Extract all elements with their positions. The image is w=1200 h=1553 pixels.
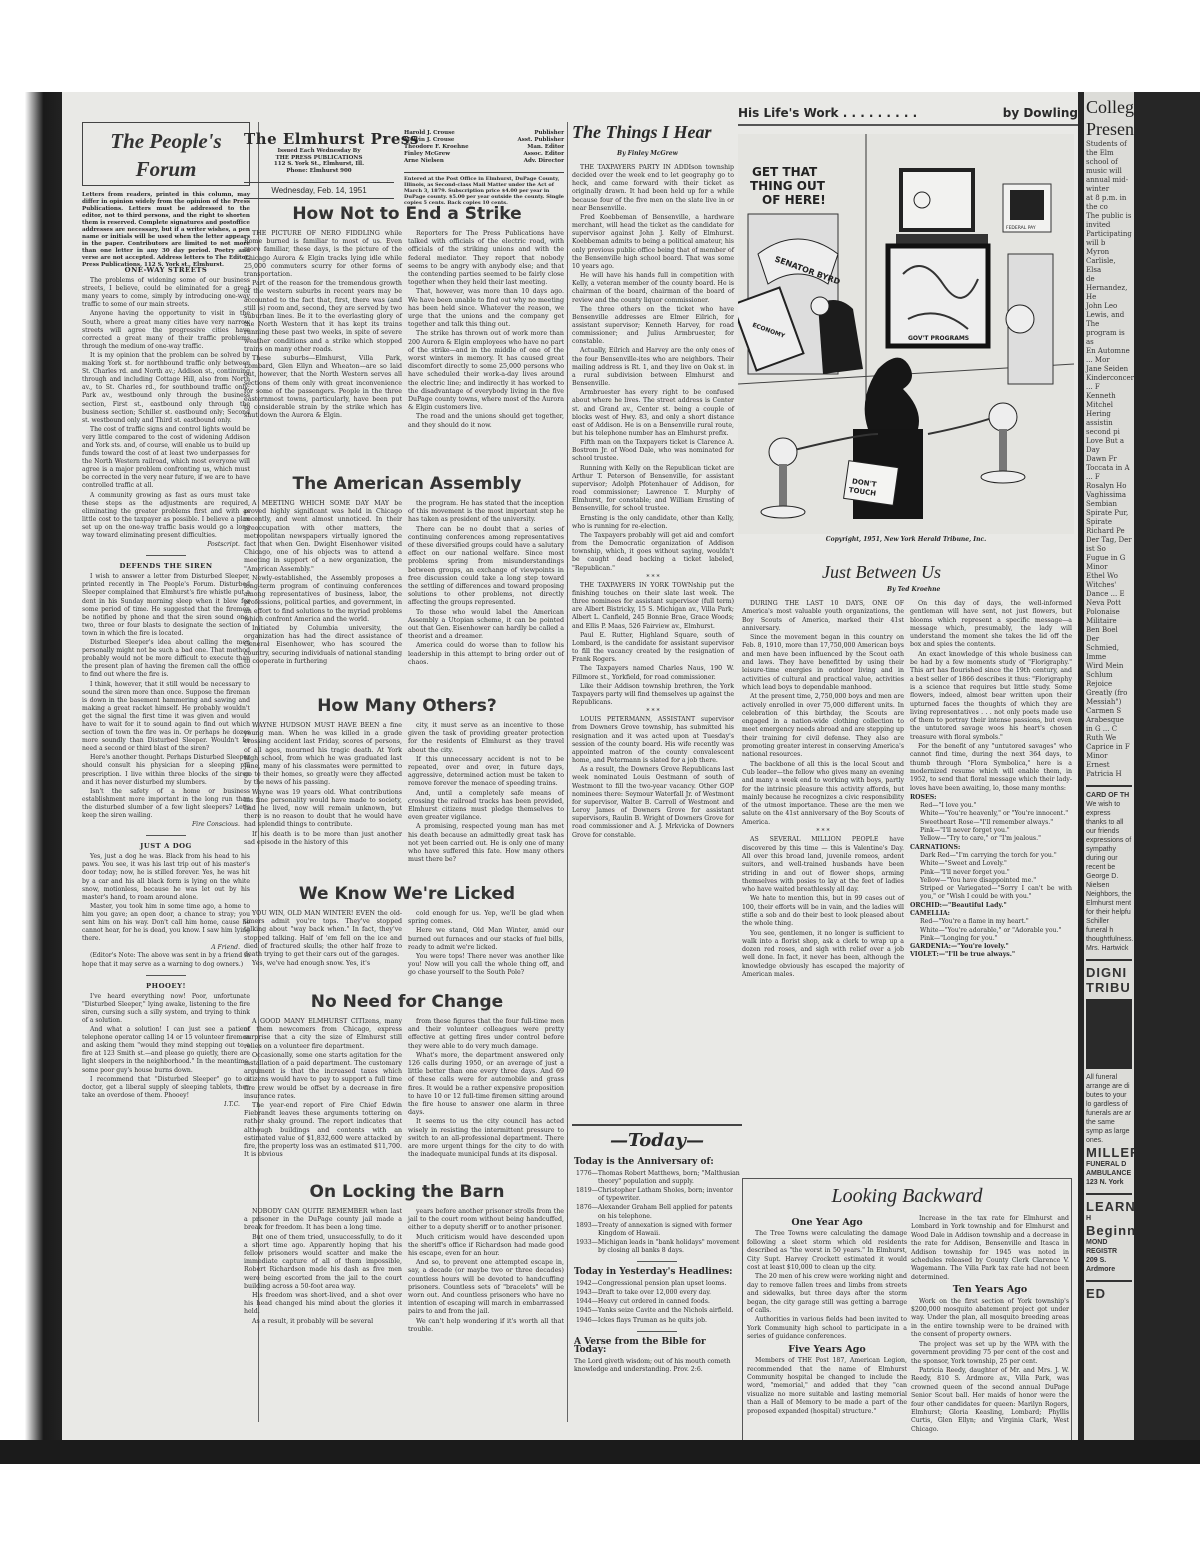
program-line: Kinderconcerto ... F bbox=[1086, 374, 1132, 392]
cartoon-artist: by Dowling bbox=[1003, 106, 1078, 120]
today-title: —Today— bbox=[572, 1124, 742, 1151]
looking-backward-col1: One Year AgoThe Tree Towns were calculat… bbox=[747, 1215, 907, 1417]
anniversary-heading: Today is the Anniversary of: bbox=[574, 1158, 740, 1166]
editorial-paragraph: A MEETING WHICH SOME DAY MAY be proved h… bbox=[244, 500, 402, 574]
column-paragraph: LOUIS PETERMANN, ASSISTANT supervisor fr… bbox=[572, 716, 734, 765]
section-heading: One Year Ago bbox=[747, 1219, 907, 1227]
program-line: Students of the Elm bbox=[1086, 140, 1132, 158]
column-paragraph: DURING THE LAST 10 DAYS, ONE OF America'… bbox=[742, 600, 904, 633]
column-paragraph: The Taxpayers probably will get aid and … bbox=[572, 532, 734, 573]
section-divider: * * * bbox=[572, 708, 734, 716]
letter-paragraph: I've heard everything now! Poor, unfortu… bbox=[82, 993, 250, 1025]
column-paragraph: Fred Koebbeman of Bensenville, a hardwar… bbox=[572, 214, 734, 271]
column-divider bbox=[567, 122, 568, 1422]
editorial-paragraph: These suburbs—Elmhurst, Villa Park, Lomb… bbox=[244, 355, 402, 421]
editorial-paragraph: The strike has thrown out of work more t… bbox=[408, 330, 564, 412]
column-paragraph: The Taxpayers named Charles Naus, 190 W.… bbox=[572, 665, 734, 681]
program-line: Hering assistin bbox=[1086, 410, 1132, 428]
program-line: Love But a Day bbox=[1086, 437, 1132, 455]
just-between-us-col1: DURING THE LAST 10 DAYS, ONE OF America'… bbox=[742, 600, 904, 980]
program-line: Witches' Dance ... E bbox=[1086, 581, 1132, 599]
column-paragraph: Since the movement began in this country… bbox=[742, 634, 904, 692]
staff-role: Publisher bbox=[534, 130, 564, 137]
editorial-paragraph: A promising, respected young man has met… bbox=[408, 823, 564, 864]
editorial-paragraph: It seems to us the city council has acte… bbox=[408, 1118, 564, 1159]
things-i-hear-title: The Things I Hear bbox=[572, 122, 712, 143]
editorial-paragraph: YOU WIN, OLD MAN WINTER! EVEN the old-ti… bbox=[244, 910, 402, 959]
just-between-us-title: Just Between Us bbox=[822, 562, 941, 583]
editorial-col1: A GOOD MANY ELMHURST CITIzens, many of t… bbox=[244, 1018, 402, 1160]
editorial-col1: WAYNE HUDSON MUST HAVE BEEN a fine young… bbox=[244, 722, 402, 848]
funeral-ad: DIGNI TRIBU All funeral arrange are di b… bbox=[1086, 959, 1132, 1187]
program-line: Wird Mein Schlum bbox=[1086, 662, 1132, 680]
editorial-paragraph: You were tops! There never was another l… bbox=[408, 953, 564, 978]
editorial-paragraph: Yes, we've had enough snow. Yes, it's bbox=[244, 960, 402, 968]
flower-meaning: Pink—"I'll never forget you." bbox=[910, 827, 1072, 835]
program-line: annual mid-winter bbox=[1086, 176, 1132, 194]
flower-meaning: Red—"You're a flame in my heart." bbox=[910, 918, 1072, 926]
column-paragraph: For the benefit of any "untutored savage… bbox=[910, 743, 1072, 793]
editorial-title: How Many Others? bbox=[242, 696, 572, 716]
postal-entry-note: Entered at the Post Office in Elmhurst, … bbox=[404, 172, 564, 206]
program-line: Der Tag, Der ist So bbox=[1086, 536, 1132, 554]
letter-heading: JUST A DOG bbox=[82, 842, 250, 850]
flower-meaning: Dark Red—"I'm carrying the torch for you… bbox=[910, 852, 1072, 860]
cartoon-illustration: GET THAT THING OUT OF HERE! SENATOR BYRD… bbox=[738, 134, 1074, 534]
editorial-paragraph: His freedom was short-lived, and a shot … bbox=[244, 1292, 402, 1317]
history-paragraph: Patricia Reedy, daughter of Mr. and Mrs.… bbox=[911, 1367, 1069, 1434]
headline-item: 1946—Ickes flays Truman as he quits job. bbox=[574, 1317, 740, 1325]
staff-role: Man. Editor bbox=[527, 144, 564, 151]
history-paragraph: The project was set up by the WPA with t… bbox=[911, 1341, 1069, 1366]
editorial-paragraph: city, it must serve as an incentive to t… bbox=[408, 722, 564, 755]
staff-name: Melvin J. Crouse bbox=[404, 137, 454, 144]
letter-paragraph: I think, however, that it still would be… bbox=[82, 681, 250, 754]
editorial-paragraph: That, however, was more than 10 days ago… bbox=[408, 288, 564, 329]
editorial-cartoon: GET THAT THING OUT OF HERE! SENATOR BYRD… bbox=[738, 134, 1074, 534]
flower-group: VIOLET:—"I'll be true always." bbox=[910, 951, 1072, 959]
editorial-paragraph: Occasionally, some one starts agitation … bbox=[244, 1052, 402, 1101]
flower-meaning: White—"You're heavenly," or "You're inno… bbox=[910, 810, 1072, 818]
column-paragraph: The three others on the ticket who have … bbox=[572, 306, 734, 347]
flower-meaning: Sweetheart Rose—"I'll remember always." bbox=[910, 819, 1072, 827]
letter-heading: ONE-WAY STREETS bbox=[82, 266, 250, 274]
staff-row: Finley McGrewAssoc. Editor bbox=[404, 151, 564, 158]
flower-meaning: Striped or Variegated—"Sorry I can't be … bbox=[910, 885, 1072, 902]
editorial-paragraph: And so, to prevent one attempted escape … bbox=[408, 1259, 564, 1316]
headlines-heading: Today in Yesterday's Headlines: bbox=[574, 1268, 740, 1276]
editorial-col1: NOBODY CAN QUITE REMEMBER when last a pr… bbox=[244, 1208, 402, 1327]
history-paragraph: Work on the first section of York townsh… bbox=[911, 1298, 1069, 1340]
editorial-paragraph: years before another prisoner strolls fr… bbox=[408, 1208, 564, 1233]
editorial-paragraph: Reporters for The Press Publications hav… bbox=[408, 230, 564, 287]
program-line: Rosalyn Ho bbox=[1086, 482, 1132, 491]
column-paragraph: THE TAXPAYERS IN YORK TOWNship put the f… bbox=[572, 582, 734, 631]
history-paragraph: The 20 men of his crew were working nigh… bbox=[747, 1273, 907, 1315]
letter-paragraph: Yes, just a dog he was. Black from his h… bbox=[82, 853, 250, 902]
program-line: Richard Pe bbox=[1086, 527, 1132, 536]
program-line: Ben Boel bbox=[1086, 626, 1132, 635]
flower-meaning: Pink—"Longing for you." bbox=[910, 935, 1072, 943]
divider bbox=[146, 835, 186, 836]
editorial-paragraph: The year-end report of Fire Chief Edwin … bbox=[244, 1102, 402, 1159]
history-paragraph: Members of THE Post 187, American Legion… bbox=[747, 1357, 907, 1416]
adjacent-page-strip: College Present Students of the Elmschoo… bbox=[1084, 92, 1134, 1440]
headlines-list: 1942—Congressional pension plan upset lo… bbox=[574, 1280, 740, 1324]
program-line: Dawn Fr bbox=[1086, 455, 1132, 464]
flower-group: ROSES: bbox=[910, 794, 1072, 802]
letter-paragraph: Here's another thought. Perhaps Disturbe… bbox=[82, 754, 250, 786]
editorial-paragraph: The road and the unions should get toget… bbox=[408, 413, 564, 429]
letter-signature: A Friend. bbox=[82, 944, 250, 952]
letter-paragraph: I wish to answer a letter from Disturbed… bbox=[82, 573, 250, 638]
program-line: Toccata in A ... F bbox=[1086, 464, 1132, 482]
editorial-paragraph: A GOOD MANY ELMHURST CITIzens, many of t… bbox=[244, 1018, 402, 1051]
editorial-title: No Need for Change bbox=[242, 992, 572, 1012]
program-line: Polonaise Militaire bbox=[1086, 608, 1132, 626]
editorial-paragraph: And, until a completely safe means of cr… bbox=[408, 790, 564, 823]
program-line: Neva Pott bbox=[1086, 599, 1132, 608]
column-paragraph: At the present time, 2,750,000 boys and … bbox=[742, 693, 904, 759]
section-heading: Five Years Ago bbox=[747, 1346, 907, 1354]
column-paragraph: You see, gentlemen, it no longer is suff… bbox=[742, 930, 904, 980]
editorial-paragraph: THE PICTURE OF NERO FIDDLING while Rome … bbox=[244, 230, 402, 279]
letter-heading: DEFENDS THE SIREN bbox=[82, 562, 250, 570]
letter-paragraph: Anyone having the opportunity to visit i… bbox=[82, 310, 250, 350]
column-paragraph: AS SEVERAL MILLION PEOPLE have discovere… bbox=[742, 836, 904, 894]
letter-signature: Fire Conscious. bbox=[82, 821, 250, 829]
letter-paragraph: A community growing as fast as ours must… bbox=[82, 492, 250, 541]
editorial-col2: the program. He has stated that the ince… bbox=[408, 500, 564, 668]
program-line: Messiah") bbox=[1086, 698, 1132, 707]
letter-paragraph: I recommend that "Disturbed Sleeper" go … bbox=[82, 1076, 250, 1100]
program-line: Spirate Pur, Spirate bbox=[1086, 509, 1132, 527]
staff-row: Harold J. CrousePublisher bbox=[404, 130, 564, 137]
staff-role: Adv. Director bbox=[524, 158, 564, 165]
editorial-paragraph: There can be no doubt that a series of c… bbox=[408, 526, 564, 608]
svg-text:GOV'T PROGRAMS: GOV'T PROGRAMS bbox=[908, 335, 969, 342]
editorial-paragraph: To those who would label the American As… bbox=[408, 609, 564, 642]
issue-date: Wednesday, Feb. 14, 1951 bbox=[244, 182, 394, 199]
editorial-paragraph: WAYNE HUDSON MUST HAVE BEEN a fine young… bbox=[244, 722, 402, 788]
flower-meaning: Pink—"I'll never forget you." bbox=[910, 869, 1072, 877]
program-line: Der Schmied, Imme bbox=[1086, 635, 1132, 662]
column-paragraph: THE TAXPAYERS PARTY IN ADDIson township … bbox=[572, 164, 734, 213]
cartoon-copyright: Copyright, 1951, New York Herald Tribune… bbox=[738, 536, 1074, 543]
program-line: Rejoice Greatly (fro bbox=[1086, 680, 1132, 698]
flower-meaning: Red—"I love you." bbox=[910, 802, 1072, 810]
forum-letters: ONE-WAY STREETSThe problems of widening … bbox=[82, 260, 250, 1109]
letter-paragraph: The cost of traffic signs and control li… bbox=[82, 426, 250, 491]
flower-meaning: Yellow—"Try to care," or "I'm jealous." bbox=[910, 835, 1072, 843]
editorial-paragraph: from these figures that the four full-ti… bbox=[408, 1018, 564, 1051]
masthead-issued: Issued Each Wednesday By THE PRESS PUBLI… bbox=[244, 148, 394, 174]
svg-text:GET THAT: GET THAT bbox=[752, 165, 818, 179]
editorial-title: We Know We're Licked bbox=[242, 884, 572, 904]
letter-paragraph: Disturbed Sleeper's idea about calling t… bbox=[82, 639, 250, 679]
editorial-paragraph: If his death is to be more than just ano… bbox=[244, 831, 402, 847]
today-section: Today is the Anniversary of:1776—Thomas … bbox=[574, 1154, 740, 1374]
anniversary-list: 1776—Thomas Robert Matthews, born; "Malt… bbox=[574, 1170, 740, 1255]
program-line: de Hernandez, He bbox=[1086, 275, 1132, 302]
editorial-paragraph: Initiated by Columbia university, the or… bbox=[244, 625, 402, 666]
editorial-col1: A MEETING WHICH SOME DAY MAY be proved h… bbox=[244, 500, 402, 667]
editorial-paragraph: We can't help wondering if it's worth al… bbox=[408, 1318, 564, 1334]
cartoon-title: His Life's Work . . . . . . . . . by Dow… bbox=[738, 106, 1078, 126]
program-line: Carmen S bbox=[1086, 707, 1132, 716]
column-paragraph: We hate to mention this, but in 99 cases… bbox=[742, 895, 904, 928]
program-line: Participating will b bbox=[1086, 230, 1132, 248]
column-paragraph: Paul E. Rutter, Highland Square, south o… bbox=[572, 632, 734, 665]
editorial-col1: THE PICTURE OF NERO FIDDLING while Rome … bbox=[244, 230, 402, 422]
editorial-col2: from these figures that the four full-ti… bbox=[408, 1018, 564, 1160]
section-divider: * * * bbox=[572, 574, 734, 582]
program-line: The program is as bbox=[1086, 320, 1132, 347]
column-paragraph: Running with Kelly on the Republican tic… bbox=[572, 465, 734, 514]
editorial-col2: Reporters for The Press Publications hav… bbox=[408, 230, 564, 431]
history-paragraph: Authorities in various fields had been i… bbox=[747, 1316, 907, 1341]
editorial-paragraph: Much criticism would have descended upon… bbox=[408, 1234, 564, 1259]
staff-list: Harold J. CrousePublisherMelvin J. Crous… bbox=[404, 130, 564, 165]
editorial-col2: years before another prisoner strolls fr… bbox=[408, 1208, 564, 1335]
editorial-col1: YOU WIN, OLD MAN WINTER! EVEN the old-ti… bbox=[244, 910, 402, 969]
binding-shadow bbox=[0, 92, 62, 1460]
staff-name: Theodore F. Kroehne bbox=[404, 144, 469, 151]
editorial-paragraph: Here we stand, Old Man Winter, amid our … bbox=[408, 927, 564, 952]
flower-group: ORCHID:—"Beautiful Lady." bbox=[910, 902, 1072, 910]
editorial-col2: cold enough for us. Yep, we'll be glad w… bbox=[408, 910, 564, 979]
flower-group: GARDENIA:—"You're lovely." bbox=[910, 943, 1072, 951]
letter-paragraph: Master, you took him in some time ago, a… bbox=[82, 903, 250, 943]
lessons-ad: LEARN H Beginner MOND REGISTR 209 S. Ard… bbox=[1086, 1193, 1132, 1274]
staff-row: Melvin J. CrouseAsst. Publisher bbox=[404, 137, 564, 144]
editorial-paragraph: If this unnecessary accident is not to b… bbox=[408, 756, 564, 789]
editorial-paragraph: Wayne was 19 years old. What contributio… bbox=[244, 789, 402, 830]
program-list: Students of the Elmschool of music willa… bbox=[1086, 140, 1132, 779]
looking-backward-title: Looking Backward bbox=[743, 1179, 1071, 1208]
just-between-us-col2: On this day of days, the well-informed g… bbox=[910, 600, 1072, 960]
section-heading: Ten Years Ago bbox=[911, 1286, 1069, 1294]
program-line: Kenneth Mitchel bbox=[1086, 392, 1132, 410]
ad-photo bbox=[1086, 999, 1132, 1069]
letter-paragraph: It is my opinion that the problem can be… bbox=[82, 352, 250, 425]
letter-paragraph: And what a solution! I can just see a pa… bbox=[82, 1026, 250, 1075]
staff-name: Harold J. Crouse bbox=[404, 130, 455, 137]
adjacent-headline: College Present bbox=[1086, 96, 1132, 140]
program-line: Arabesque in G ... C bbox=[1086, 716, 1132, 734]
staff-row: Theodore F. KroehneMan. Editor bbox=[404, 144, 564, 151]
divider bbox=[146, 975, 186, 976]
verse-text: The Lord giveth wisdom; out of his mouth… bbox=[574, 1358, 740, 1374]
program-line: John Leo Lewis, and bbox=[1086, 302, 1132, 320]
editorial-paragraph: cold enough for us. Yep, we'll be glad w… bbox=[408, 910, 564, 926]
flower-group: CARNATIONS: bbox=[910, 844, 1072, 852]
editorial-title: On Locking the Barn bbox=[242, 1182, 572, 1202]
things-i-hear-body: THE TAXPAYERS PARTY IN ADDIson township … bbox=[572, 164, 734, 841]
column-paragraph: An exact knowledge of this whole busines… bbox=[910, 651, 1072, 742]
program-line: Ernest bbox=[1086, 761, 1132, 770]
forum-title: The People's Forum bbox=[82, 122, 250, 186]
looking-backward: Looking Backward One Year AgoThe Tree To… bbox=[742, 1178, 1072, 1460]
headline-item: 1943—Draft to take over 12,000 every day… bbox=[574, 1289, 740, 1297]
letter-paragraph: Isn't the safety of a home or business e… bbox=[82, 788, 250, 820]
program-line: Vaghissima Sembian bbox=[1086, 491, 1132, 509]
flower-meaning: White—"You're adorable," or "Adorable yo… bbox=[910, 927, 1072, 935]
program-line: Fugue in G Minor bbox=[1086, 554, 1132, 572]
svg-text:THING OUT: THING OUT bbox=[750, 179, 826, 193]
svg-text:FEDERAL PAY: FEDERAL PAY bbox=[1006, 225, 1036, 231]
column-paragraph: Fifth man on the Taxpayers ticket is Cla… bbox=[572, 439, 734, 463]
anniversary-item: 1893—Treaty of annexation is signed with… bbox=[574, 1222, 740, 1238]
program-line: Caprice in F Minor bbox=[1086, 743, 1132, 761]
looking-backward-col2: Increase in the tax rate for Elmhurst an… bbox=[911, 1215, 1069, 1435]
column-paragraph: He will have his hands full in competiti… bbox=[572, 272, 734, 305]
editorial-paragraph: America could do worse than to follow hi… bbox=[408, 642, 564, 667]
letter-heading: PHOOEY! bbox=[82, 982, 250, 990]
flower-group: CAMELLIA: bbox=[910, 910, 1072, 918]
editorial-paragraph: But one of them tried, unsuccessfully, t… bbox=[244, 1234, 402, 1291]
bottom-shadow bbox=[0, 1440, 1200, 1464]
program-line: at 8 p.m. in the co bbox=[1086, 194, 1132, 212]
newspaper-page: The People's Forum Letters from readers,… bbox=[62, 92, 1078, 1460]
column-paragraph: Actually, Eilrich and Harvey are the onl… bbox=[572, 347, 734, 388]
editorial-col2: city, it must serve as an incentive to t… bbox=[408, 722, 564, 865]
editorial-paragraph: Part of the reason for the tremendous gr… bbox=[244, 280, 402, 354]
staff-role: Asst. Publisher bbox=[518, 137, 564, 144]
forum-intro: Letters from readers, printed in this co… bbox=[82, 192, 250, 269]
program-line: Jane Seiden bbox=[1086, 365, 1132, 374]
card-of-thanks: CARD OF TH We wish to express thanks to … bbox=[1086, 785, 1132, 953]
flower-meaning: White—"Sweet and Lovely." bbox=[910, 860, 1072, 868]
program-line: En Automne ... Mor bbox=[1086, 347, 1132, 365]
things-i-hear-byline: By Finley McGrew bbox=[617, 150, 678, 157]
verse-heading: A Verse from the Bible for Today: bbox=[574, 1338, 740, 1354]
editorial-paragraph: As a result, it probably will be several bbox=[244, 1318, 402, 1326]
program-line: Myron Carlisle, Elsa bbox=[1086, 248, 1132, 275]
divider bbox=[637, 1261, 677, 1262]
anniversary-item: 1876—Alexander Graham Bell applied for p… bbox=[574, 1204, 740, 1220]
ed-ad: ED bbox=[1086, 1280, 1132, 1301]
anniversary-item: 1776—Thomas Robert Matthews, born; "Malt… bbox=[574, 1170, 740, 1186]
column-paragraph: On this day of days, the well-informed g… bbox=[910, 600, 1072, 650]
editorial-title: The American Assembly bbox=[242, 474, 572, 494]
editor-note: (Editor's Note: The above was sent in by… bbox=[82, 952, 250, 968]
flower-meaning: Yellow—"You have disappointed me." bbox=[910, 877, 1072, 885]
headline-item: 1944—Heavy cut ordered in canned foods. bbox=[574, 1298, 740, 1306]
editorial-title: How Not to End a Strike bbox=[242, 204, 572, 224]
column-paragraph: As a result, the Downers Grove Republica… bbox=[572, 766, 734, 839]
letter-signature: Postscript. bbox=[82, 541, 250, 549]
editorial-paragraph: What's more, the department answered onl… bbox=[408, 1052, 564, 1118]
editorial-paragraph: Newly-established, the Assembly proposes… bbox=[244, 575, 402, 624]
masthead: The Elmhurst Press Issued Each Wednesday… bbox=[244, 130, 564, 200]
divider bbox=[146, 555, 186, 556]
editorial-paragraph: NOBODY CAN QUITE REMEMBER when last a pr… bbox=[244, 1208, 402, 1233]
headline-item: 1945—Yanks seize Cavite and the Nichols … bbox=[574, 1307, 740, 1315]
program-line: Ethel Wo bbox=[1086, 572, 1132, 581]
just-between-us-byline: By Ted Kroehne bbox=[887, 586, 940, 593]
anniversary-item: 1933—Michigan leads in "bank holidays" m… bbox=[574, 1239, 740, 1255]
editorial-paragraph: the program. He has stated that the ince… bbox=[408, 500, 564, 525]
staff-name: Arne Nielsen bbox=[404, 158, 444, 165]
program-line: second pi bbox=[1086, 428, 1132, 437]
letter-signature: I.T.C. bbox=[82, 1101, 250, 1109]
staff-role: Assoc. Editor bbox=[523, 151, 564, 158]
column-paragraph: The backbone of all this is the local Sc… bbox=[742, 761, 904, 827]
column-paragraph: Ernsting is the only candidate, other th… bbox=[572, 515, 734, 531]
staff-name: Finley McGrew bbox=[404, 151, 450, 158]
anniversary-item: 1819—Christopher Latham Sholes, born; in… bbox=[574, 1187, 740, 1203]
history-paragraph: The Tree Towns were calculating the dama… bbox=[747, 1230, 907, 1272]
history-paragraph: Increase in the tax rate for Elmhurst an… bbox=[911, 1215, 1069, 1282]
divider bbox=[637, 1331, 677, 1332]
program-line: Patricia H bbox=[1086, 770, 1132, 779]
program-line: school of music will bbox=[1086, 158, 1132, 176]
svg-text:OF HERE!: OF HERE! bbox=[762, 193, 826, 207]
column-paragraph: Like their Addison township brethren, th… bbox=[572, 683, 734, 707]
program-line: Ruth We bbox=[1086, 734, 1132, 743]
program-line: The public is invited bbox=[1086, 212, 1132, 230]
column-paragraph: Armbruester has every right to be confus… bbox=[572, 389, 734, 438]
letter-paragraph: The problems of widening some of our bus… bbox=[82, 277, 250, 309]
section-divider: * * * bbox=[742, 828, 904, 836]
staff-row: Arne NielsenAdv. Director bbox=[404, 158, 564, 165]
headline-item: 1942—Congressional pension plan upset lo… bbox=[574, 1280, 740, 1288]
